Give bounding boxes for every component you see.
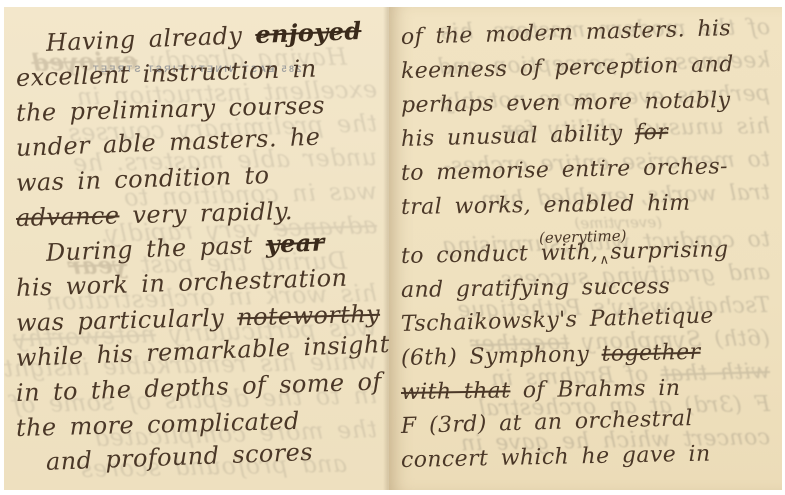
handwritten-word: was particularly (16, 303, 238, 337)
handwritten-line: was in condition to (16, 157, 384, 197)
handwritten-line: his work in orchestration (16, 262, 384, 302)
letter-paper: Having already enjoyedexcellent instruct… (4, 7, 782, 490)
handwritten-word: while his remarkable insight (15, 330, 389, 372)
handwritten-word: of Brahms in (510, 376, 680, 404)
handwritten-word-struck: for (635, 120, 669, 146)
handwritten-word: his work in orchestration (16, 264, 348, 302)
handwritten-line: and profound scores (15, 435, 383, 477)
handwritten-word: Having already (45, 21, 255, 57)
handwritten-word: and profound scores (45, 438, 313, 476)
handwritten-word-struck: together (601, 340, 700, 367)
handwritten-word: the preliminary courses (16, 91, 326, 127)
handwritten-line: (6th) Symphony together (401, 338, 776, 371)
handwritten-line: and gratifying success (401, 272, 776, 303)
handwritten-word-struck: with that (401, 378, 511, 405)
letter-page-right: of the modern masters. hiskeenness of pe… (389, 7, 782, 490)
handwritten-word-caret: ∧ (599, 253, 609, 268)
handwritten-line: of the modern masters. his (401, 15, 777, 50)
handwritten-word: tral works, enabled him (401, 191, 691, 220)
handwritten-word: surprising (610, 237, 729, 264)
handwritten-line: under able masters. he (15, 120, 383, 162)
handwritten-word: in to the depths of some of (16, 368, 383, 407)
handwritten-word: keenness of perception and (401, 52, 734, 84)
handwritten-word: the more complicated (16, 407, 300, 442)
handwritten-line: Tschaikowsky's Pathetique (401, 302, 777, 337)
handwritten-line: concert which he gave in (401, 440, 776, 473)
handwritten-line: F (3rd) at an orchestral (401, 404, 777, 439)
letter-scan: Having already enjoyedexcellent instruct… (0, 0, 785, 495)
handwritten-line: perhaps even more notably (401, 87, 776, 118)
handwritten-word: During the past (45, 231, 266, 267)
handwritten-line: keenness of perception and (401, 51, 776, 84)
handwritten-word: to conduct with, (401, 240, 599, 269)
handwritten-word: perhaps even more notably (401, 88, 731, 118)
handwritten-word-heavy: year (265, 227, 325, 258)
handwritten-line: tral works, enabled him (401, 189, 776, 220)
handwritten-line: to memorise entire orches- (401, 153, 776, 186)
handwritten-word: was in condition to (16, 161, 270, 197)
handwritten-word: concert which he gave in (401, 442, 711, 473)
handwritten-word: under able masters. he (15, 123, 320, 162)
handwritten-word: and gratifying success (401, 274, 671, 303)
handwritten-word: F (3rd) at an orchestral (401, 406, 693, 439)
handwritten-word: his unusual ability (401, 121, 636, 152)
handwritten-line: excellent instruction in (16, 52, 384, 92)
handwritten-word-struck: advance (16, 201, 120, 232)
handwritten-line: to conduct with,∧surprising (401, 236, 777, 272)
handwritten-word-heavy: enjoyed (255, 16, 362, 49)
handwritten-line: while his remarkable insight (15, 330, 383, 372)
handwritten-word: very rapidly. (119, 197, 293, 229)
handwritten-line: During the past year (15, 225, 383, 268)
handwritten-line: in to the depths of some of (16, 367, 384, 407)
handwritten-line: Having already enjoyed (15, 15, 383, 58)
handwritten-line: his unusual ability for (401, 117, 777, 152)
handwritten-word: Tschaikowsky's Pathetique (401, 304, 714, 337)
letter-page-left: Having already enjoyedexcellent instruct… (4, 7, 389, 490)
handwritten-word: (6th) Symphony (401, 342, 602, 371)
handwritten-word: excellent instruction in (16, 55, 317, 92)
handwritten-word: of the modern masters. his (401, 16, 732, 50)
handwritten-word: to memorise entire orches- (401, 154, 728, 186)
handwritten-line: with that of Brahms in (401, 374, 776, 405)
handwritten-word-struck: noteworthy (237, 300, 381, 332)
